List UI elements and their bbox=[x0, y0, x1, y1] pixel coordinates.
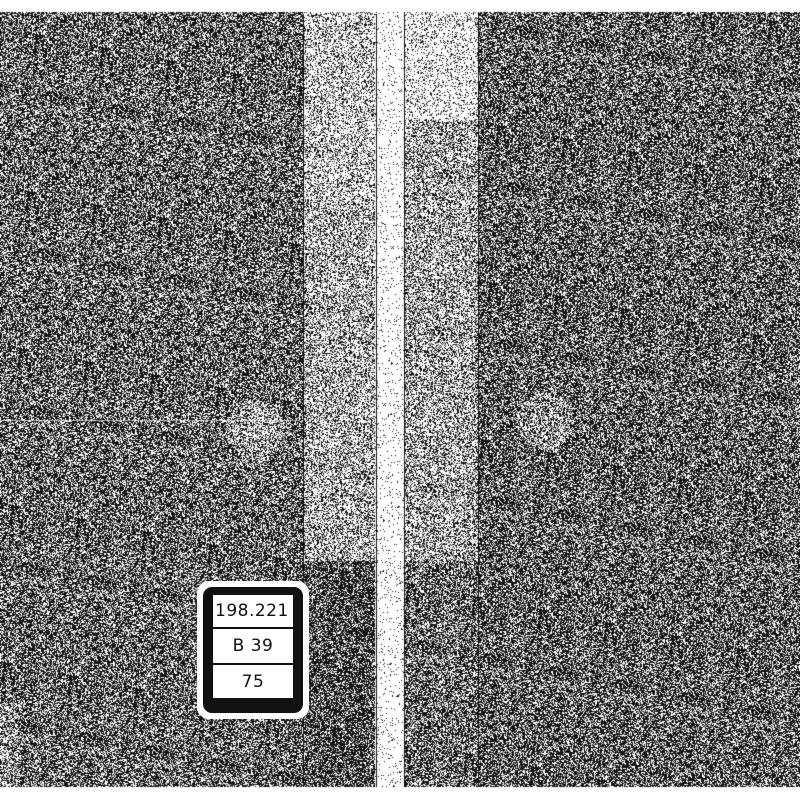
call-number-year: 75 bbox=[213, 665, 293, 698]
call-number-class: 198.221 bbox=[213, 595, 293, 629]
call-number-cutter: B 39 bbox=[213, 629, 293, 665]
label-frame: 198.221 B 39 75 bbox=[203, 587, 303, 713]
library-call-number-label: 198.221 B 39 75 bbox=[197, 581, 309, 719]
scanned-book-cover bbox=[0, 0, 800, 800]
